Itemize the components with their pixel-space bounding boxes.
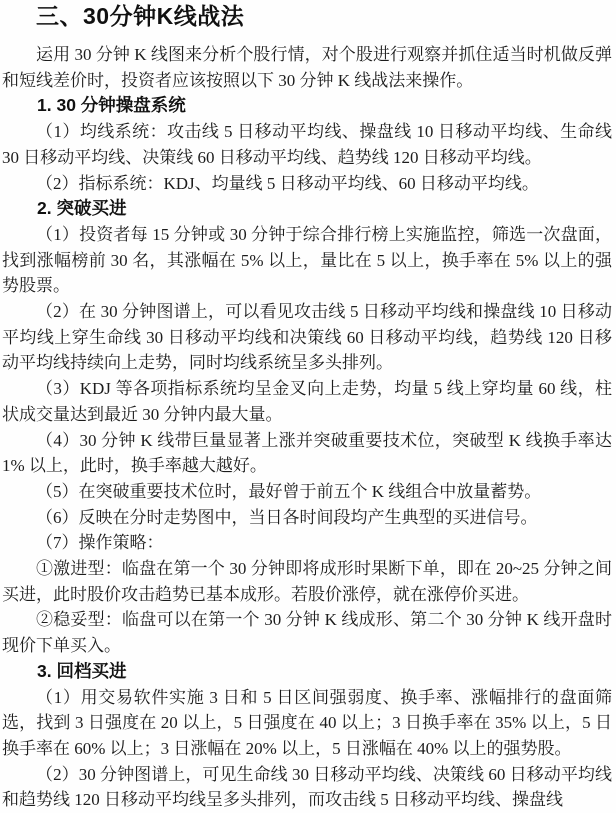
intro-paragraph: 运用 30 分钟 K 线图来分析个股行情，对个股进行观察并抓住适当时机做反弹和短… bbox=[2, 42, 612, 93]
section-2-item-3: （3）KDJ 等各项指标系统均呈金叉向上走势，均量 5 线上穿均量 60 线，柱… bbox=[2, 376, 612, 427]
section-3-heading: 3. 回档买进 bbox=[2, 659, 612, 685]
page-title: 三、30分钟K线战法 bbox=[36, 3, 612, 30]
section-1-item-2: （2）指标系统：KDJ、均量线 5 日移动平均线、60 日移动平均线。 bbox=[2, 171, 612, 197]
section-2-item-6: （6）反映在分时走势图中，当日各时间段均产生典型的买进信号。 bbox=[2, 505, 612, 531]
section-2-item-5: （5）在突破重要技术位时，最好曾于前五个 K 线组合中放量蓄势。 bbox=[2, 479, 612, 505]
section-3-item-1: （1）用交易软件实施 3 日和 5 日区间强弱度、换手率、涨幅排行的盘面筛选，找… bbox=[2, 685, 612, 762]
section-2-strategy-steady: ②稳妥型：临盘可以在第一个 30 分钟 K 线成形、第二个 30 分钟 K 线开… bbox=[2, 607, 612, 658]
section-2-item-1: （1）投资者每 15 分钟或 30 分钟于综合排行榜上实施监控，筛选一次盘面，找… bbox=[2, 222, 612, 299]
section-1-heading: 1. 30 分钟操盘系统 bbox=[2, 93, 612, 119]
section-2-heading: 2. 突破买进 bbox=[2, 196, 612, 222]
section-2-strategy-aggressive: ①激进型：临盘在第一个 30 分钟即将成形时果断下单，即在 20~25 分钟之间… bbox=[2, 556, 612, 607]
section-1-item-1: （1）均线系统：攻击线 5 日移动平均线、操盘线 10 日移动平均线、生命线 3… bbox=[2, 119, 612, 170]
section-2-item-2: （2）在 30 分钟图谱上，可以看见攻击线 5 日移动平均线和操盘线 10 日移… bbox=[2, 299, 612, 376]
section-2-item-4: （4）30 分钟 K 线带巨量显著上涨并突破重要技术位，突破型 K 线换手率达 … bbox=[2, 428, 612, 479]
section-3-item-2: （2）30 分钟图谱上，可见生命线 30 日移动平均线、决策线 60 日移动平均… bbox=[2, 762, 612, 813]
document-page: 三、30分钟K线战法 运用 30 分钟 K 线图来分析个股行情，对个股进行观察并… bbox=[0, 0, 616, 813]
section-2-item-7: （7）操作策略： bbox=[2, 530, 612, 556]
